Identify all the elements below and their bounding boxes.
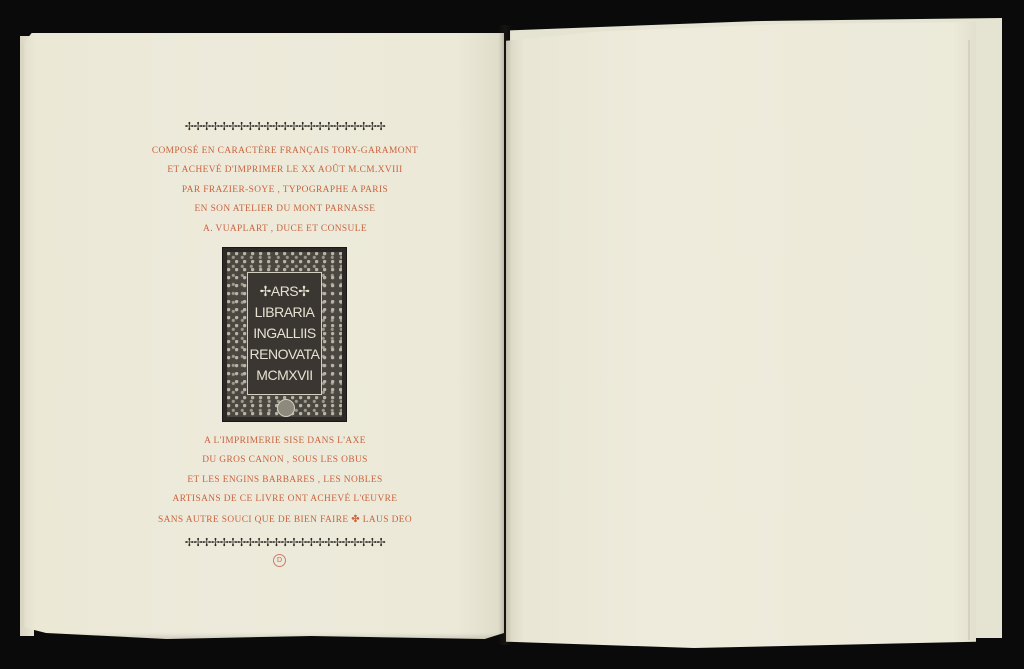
woodcut-line: LIBRARIA xyxy=(255,302,315,323)
woodcut-line: ✢ARS✢ xyxy=(260,281,310,302)
colophon-line: ET ACHEVÉ D'IMPRIMER LE XX AOÛT M.CM.XVI… xyxy=(150,161,420,180)
right-page-fold-line xyxy=(968,40,970,640)
lower-line-final: SANS AUTRE SOUCI QUE DE BIEN FAIRE ✤ LAU… xyxy=(150,510,420,530)
colophon-line: COMPOSÉ EN CARACTÈRE FRANÇAIS TORY-GARAM… xyxy=(150,142,420,161)
lower-line: ET LES ENGINS BARBARES , LES NOBLES xyxy=(150,471,420,490)
woodcut-printer-device: ✢ARS✢ LIBRARIA INGALLIIS RENOVATA MCMXVI… xyxy=(222,247,347,422)
colophon-line: PAR FRAZIER-SOYE , TYPOGRAPHE A PARIS xyxy=(150,181,420,200)
final-line-start: SANS AUTRE SOUCI QUE DE BIEN FAIRE xyxy=(158,515,349,525)
colophon-text-block: ✢✢✢✢✢✢✢✢✢✢✢✢✢✢✢✢✢✢✢✢✢✢✢ COMPOSÉ EN CARAC… xyxy=(150,120,420,239)
lower-line: DU GROS CANON , SOUS LES OBUS xyxy=(150,451,420,470)
lower-text-block: A L'IMPRIMERIE SISE DANS L'AXE DU GROS C… xyxy=(150,432,420,550)
medallion-ornament-icon xyxy=(277,399,295,417)
printer-mark-icon: D xyxy=(273,554,286,567)
book-spread: ✢✢✢✢✢✢✢✢✢✢✢✢✢✢✢✢✢✢✢✢✢✢✢ COMPOSÉ EN CARAC… xyxy=(0,0,1024,669)
lower-line: A L'IMPRIMERIE SISE DANS L'AXE xyxy=(150,432,420,451)
woodcut-inscription-panel: ✢ARS✢ LIBRARIA INGALLIIS RENOVATA MCMXVI… xyxy=(247,272,322,395)
colophon-line: EN SON ATELIER DU MONT PARNASSE xyxy=(150,200,420,219)
colophon-line: A. VUAPLART , DUCE ET CONSULE xyxy=(150,220,420,239)
ornament-rule-bottom: ✢✢✢✢✢✢✢✢✢✢✢✢✢✢✢✢✢✢✢✢✢✢✢ xyxy=(150,536,420,550)
book-gutter xyxy=(498,25,512,645)
woodcut-line: INGALLIIS xyxy=(253,323,315,344)
final-line-end: LAUS DEO xyxy=(363,515,412,525)
fleuron-icon: ✤ xyxy=(351,514,360,525)
woodcut-line: MCMXVII xyxy=(256,365,312,386)
ornament-rule-top: ✢✢✢✢✢✢✢✢✢✢✢✢✢✢✢✢✢✢✢✢✢✢✢ xyxy=(150,120,420,134)
lower-line: ARTISANS DE CE LIVRE ONT ACHEVÉ L'ŒUVRE xyxy=(150,490,420,509)
right-page-blank xyxy=(506,22,976,648)
woodcut-line: RENOVATA xyxy=(250,344,320,365)
